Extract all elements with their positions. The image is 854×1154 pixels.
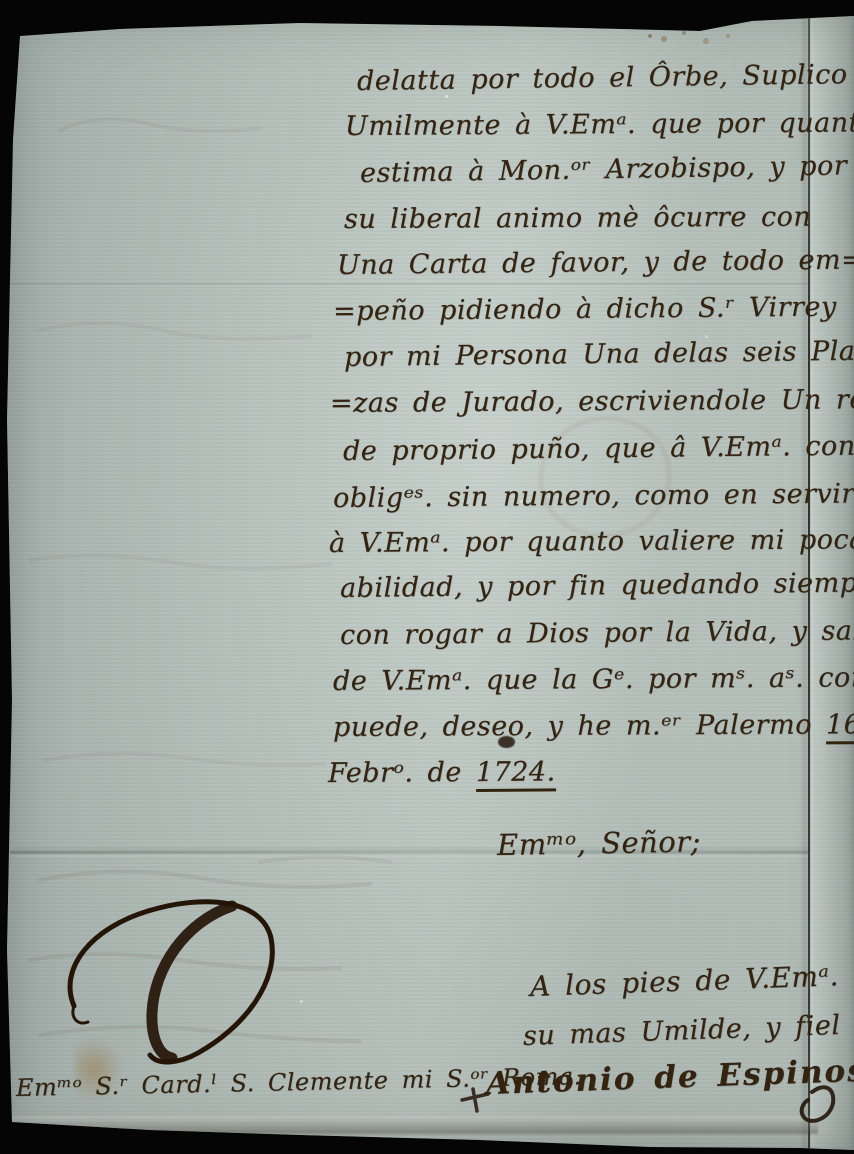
bottom-edge-fold <box>8 1116 818 1134</box>
year-line-text: Febrᵒ. de <box>328 757 476 789</box>
manuscript-line: con rogar a Dios por la Vida, y salud <box>340 615 854 651</box>
manuscript-year-line: Febrᵒ. de 1724. <box>328 756 556 789</box>
closing-salutation: Emᵐᵒ, Señor; <box>497 824 701 862</box>
manuscript-line: delatta por todo el Ôrbe, Suplico <box>357 59 848 97</box>
manuscript-line: Umilmente à V.Emᵃ. que por quanto <box>345 107 854 142</box>
valediction-line: A los pies de V.Emᵃ. <box>529 959 839 1003</box>
ink-blot <box>498 736 515 748</box>
pen-flourish <box>0 0 854 1154</box>
photo-background: delatta por todo el Ôrbe, Suplico Umilme… <box>0 0 854 1154</box>
manuscript-line: obligᵉˢ. sin numero, como en servir <box>333 478 854 514</box>
paper-flecks <box>445 95 448 98</box>
manuscript-line: su liberal animo mè ôcurre con <box>344 202 811 235</box>
manuscript-line: Una Carta de favor, y de todo em= <box>337 244 854 281</box>
manuscript-line: =zas de Jurado, escriviendole Un renglon <box>330 384 854 419</box>
manuscript-line: de proprio puño, que â V.Emᵃ. confessare <box>343 430 854 467</box>
paper-stain-specks <box>648 34 652 38</box>
signature: Antonio de Espinosa <box>485 1052 854 1102</box>
manuscript-line: de V.Emᵃ. que la Gᵉ. por mˢ. aˢ. como <box>333 662 854 697</box>
manuscript-line: por mi Persona Una delas seis Pla= <box>344 335 854 373</box>
manuscript-date-line: puede, deseo, y he m.ᵉʳ Palermo 16. <box>333 709 854 743</box>
manuscript-line: à V.Emᵃ. por quanto valiere mi poca <box>329 524 854 559</box>
ink-showthrough-squiggles <box>0 0 854 1154</box>
horizontal-fold-crease <box>10 851 808 854</box>
vertical-fold-crease <box>808 16 810 1152</box>
underlined-year: 1724. <box>476 756 556 792</box>
underlined-day: 16. <box>826 709 854 744</box>
manuscript-line: estima à Mon.ᵒʳ Arzobispo, y por <box>360 150 848 189</box>
valediction-line: su mas Umilde, y fiel criado. <box>522 1006 854 1052</box>
letter-paper: delatta por todo el Ôrbe, Suplico Umilme… <box>0 0 854 1154</box>
folded-leaf <box>811 14 854 1154</box>
date-line-text: puede, deseo, y he m.ᵉʳ Palermo <box>333 709 826 743</box>
address-line: Emᵐᵒ S.ʳ Card.ˡ S. Clemente mi S.ᵒʳ Roma… <box>16 1062 582 1102</box>
ink-showthrough-ring <box>528 405 681 548</box>
paper-stain <box>74 1036 124 1102</box>
manuscript-line: abilidad, y por fin quedando siempre <box>340 567 854 604</box>
manuscript-line: =peño pidiendo à dicho S.ʳ Virrey <box>333 292 837 327</box>
horizontal-fold-crease-faint <box>8 283 808 285</box>
